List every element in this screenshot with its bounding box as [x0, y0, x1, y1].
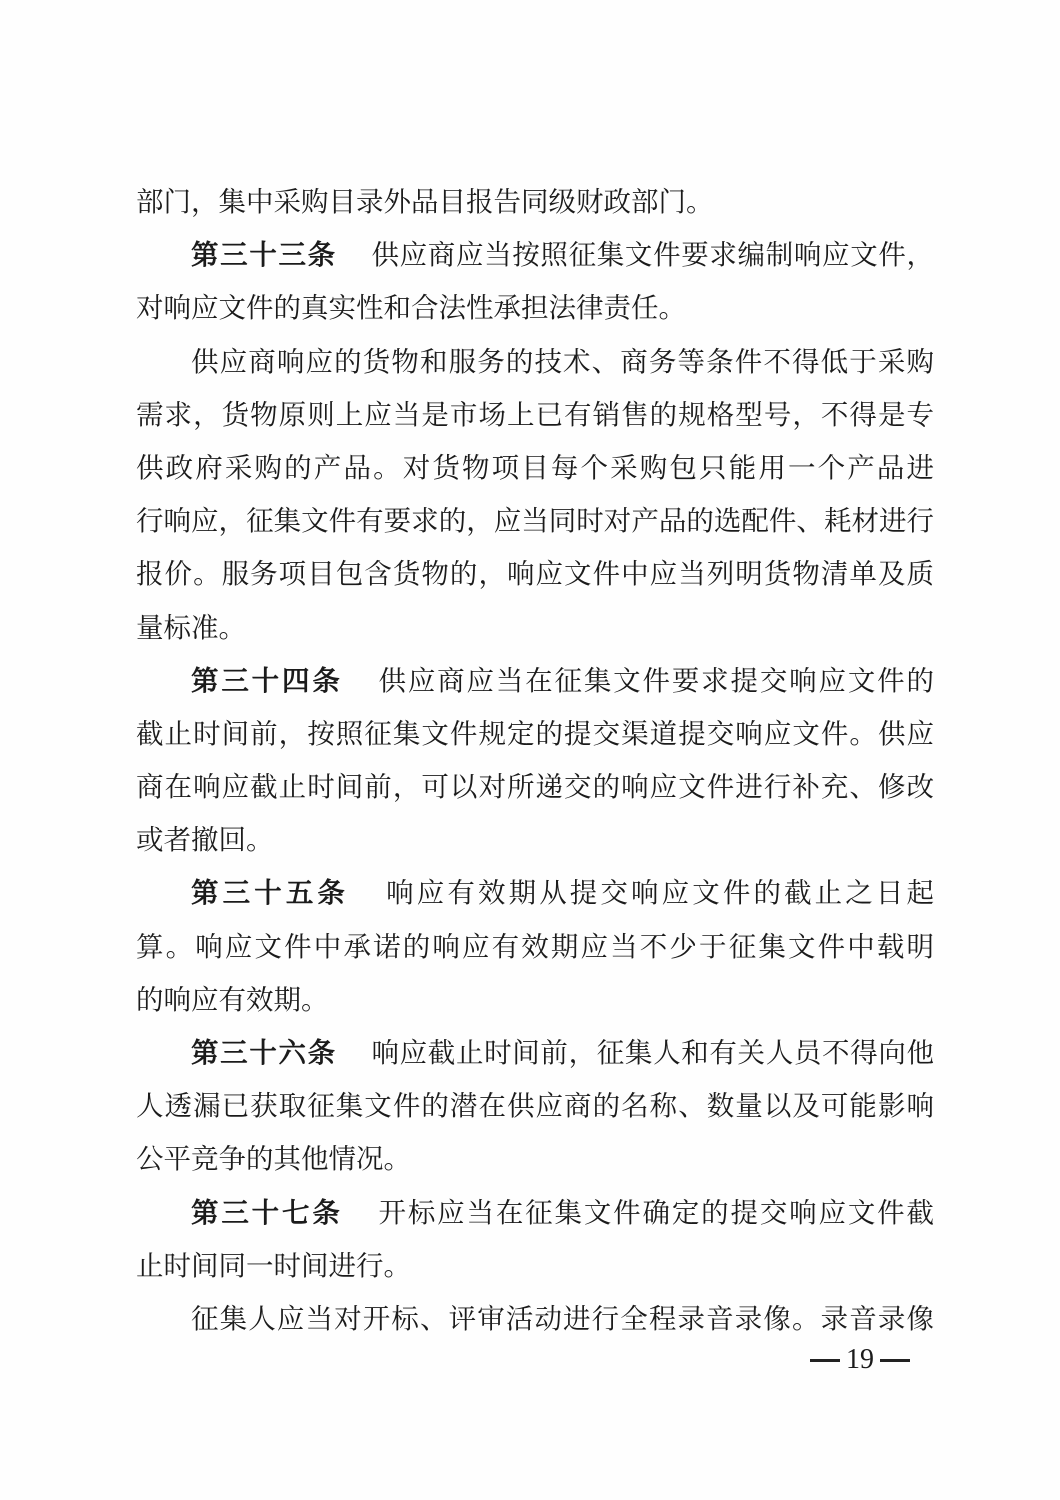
text-line: 的响应有效期。 [136, 973, 934, 1026]
line-text: 供应商应当按照征集文件要求编制响应文件， [371, 239, 934, 270]
article-number-heading: 第三十七条 [191, 1197, 343, 1228]
line-text: 供应商应当在征集文件要求提交响应文件的 [377, 665, 934, 696]
footer-right-dash [880, 1359, 910, 1362]
line-text: 截止时间前，按照征集文件规定的提交渠道提交响应文件。供应 [136, 718, 934, 749]
line-text: 响应有效期从提交响应文件的截止之日起 [383, 877, 934, 908]
text-line: 第三十七条开标应当在征集文件确定的提交响应文件截 [136, 1186, 934, 1239]
text-line: 报价。服务项目包含货物的，响应文件中应当列明货物清单及质 [136, 547, 934, 600]
document-page: 部门，集中采购目录外品目报告同级财政部门。第三十三条供应商应当按照征集文件要求编… [0, 0, 1060, 1500]
text-line: 截止时间前，按照征集文件规定的提交渠道提交响应文件。供应 [136, 707, 934, 760]
text-line: 部门，集中采购目录外品目报告同级财政部门。 [136, 175, 934, 228]
text-line: 人透漏已获取征集文件的潜在供应商的名称、数量以及可能影响 [136, 1079, 934, 1132]
line-text: 开标应当在征集文件确定的提交响应文件截 [377, 1197, 934, 1228]
article-number-heading: 第三十三条 [191, 239, 337, 270]
text-block: 部门，集中采购目录外品目报告同级财政部门。第三十三条供应商应当按照征集文件要求编… [136, 175, 934, 1345]
text-line: 供政府采购的产品。对货物项目每个采购包只能用一个产品进 [136, 441, 934, 494]
line-text: 对响应文件的真实性和合法性承担法律责任。 [136, 292, 686, 323]
line-text: 止时间同一时间进行。 [136, 1250, 411, 1281]
line-text: 行响应，征集文件有要求的，应当同时对产品的选配件、耗材进行 [136, 505, 934, 536]
heading-gap [343, 1221, 377, 1222]
text-line: 止时间同一时间进行。 [136, 1239, 934, 1292]
text-line: 商在响应截止时间前，可以对所递交的响应文件进行补充、修改 [136, 760, 934, 813]
heading-gap [337, 1061, 371, 1062]
footer-left-dash [810, 1359, 840, 1362]
text-line: 算。响应文件中承诺的响应有效期应当不少于征集文件中载明 [136, 920, 934, 973]
text-line: 行响应，征集文件有要求的，应当同时对产品的选配件、耗材进行 [136, 494, 934, 547]
heading-gap [337, 263, 371, 264]
line-text: 响应截止时间前，征集人和有关人员不得向他 [371, 1037, 934, 1068]
text-line: 或者撤回。 [136, 813, 934, 866]
article-number-heading: 第三十六条 [191, 1037, 337, 1068]
line-text: 的响应有效期。 [136, 984, 329, 1015]
text-line: 需求，货物原则上应当是市场上已有销售的规格型号，不得是专 [136, 388, 934, 441]
line-text: 供政府采购的产品。对货物项目每个采购包只能用一个产品进 [136, 452, 934, 483]
text-line: 征集人应当对开标、评审活动进行全程录音录像。录音录像 [136, 1292, 934, 1345]
line-text: 供应商响应的货物和服务的技术、商务等条件不得低于采购 [191, 346, 934, 377]
text-line: 对响应文件的真实性和合法性承担法律责任。 [136, 281, 934, 334]
text-line: 第三十四条供应商应当在征集文件要求提交响应文件的 [136, 654, 934, 707]
line-text: 算。响应文件中承诺的响应有效期应当不少于征集文件中载明 [136, 931, 934, 962]
line-text: 或者撤回。 [136, 824, 274, 855]
text-line: 公平竞争的其他情况。 [136, 1132, 934, 1185]
heading-gap [349, 901, 383, 902]
text-line: 第三十五条响应有效期从提交响应文件的截止之日起 [136, 866, 934, 919]
text-line: 量标准。 [136, 601, 934, 654]
article-number-heading: 第三十五条 [191, 877, 349, 908]
page-footer: 19 [810, 1340, 910, 1380]
text-line: 第三十六条响应截止时间前，征集人和有关人员不得向他 [136, 1026, 934, 1079]
text-line: 供应商响应的货物和服务的技术、商务等条件不得低于采购 [136, 335, 934, 388]
page-number: 19 [840, 1340, 880, 1380]
line-text: 部门，集中采购目录外品目报告同级财政部门。 [136, 186, 714, 217]
line-text: 需求，货物原则上应当是市场上已有销售的规格型号，不得是专 [136, 399, 934, 430]
text-line: 第三十三条供应商应当按照征集文件要求编制响应文件， [136, 228, 934, 281]
line-text: 报价。服务项目包含货物的，响应文件中应当列明货物清单及质 [136, 558, 934, 589]
line-text: 征集人应当对开标、评审活动进行全程录音录像。录音录像 [191, 1303, 934, 1334]
line-text: 人透漏已获取征集文件的潜在供应商的名称、数量以及可能影响 [136, 1090, 934, 1121]
line-text: 商在响应截止时间前，可以对所递交的响应文件进行补充、修改 [136, 771, 934, 802]
article-number-heading: 第三十四条 [191, 665, 343, 696]
heading-gap [343, 689, 377, 690]
line-text: 量标准。 [136, 612, 246, 643]
line-text: 公平竞争的其他情况。 [136, 1143, 411, 1174]
